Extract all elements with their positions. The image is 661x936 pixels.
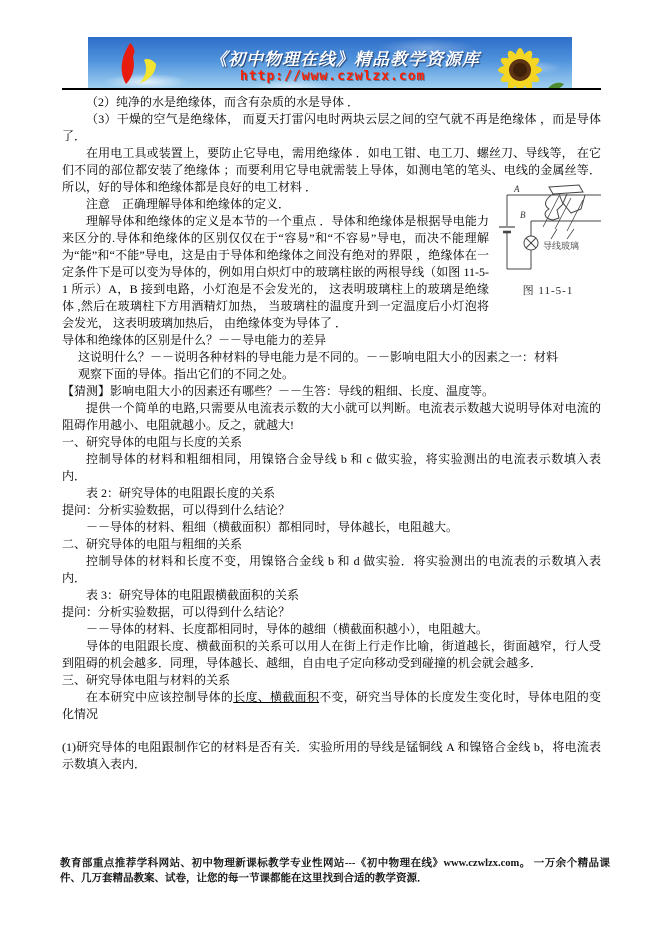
site-banner: 《初中物理在线》精品教学资源库 http://www.czwlzx.com <box>88 37 572 88</box>
footer-note: 教育部重点推荐学科网站、初中物理新课标教学专业性网站---《初中物理在线》www… <box>60 856 610 886</box>
body-paragraph: 控制导体的材料和粗细相同，用镍铬合金导线 b 和 c 做实验，将实验测出的电流表… <box>62 451 601 485</box>
section-heading-2: 二、研究导体的电阻与粗细的关系 <box>62 536 601 553</box>
body-paragraph: （2）纯净的水是绝缘体，而含有杂质的水是导体 ． <box>62 94 601 111</box>
body-paragraph: 这说明什么？－－说明各种材料的导电能力是不同的。－－影响电阻大小的因素之一：材料 <box>62 349 601 366</box>
body-paragraph: 提问：分析实验数据，可以得到什么结论？ <box>62 604 601 621</box>
site-logo-icon <box>114 42 168 86</box>
glass-annotation: 导线玻璃 <box>543 240 579 251</box>
body-paragraph: －－导体的材料、粗细（横截面积）都相同时，导体越长，电阻越大。 <box>62 519 601 536</box>
body-paragraph: 【猜测】影响电阻大小的因素还有哪些？－－生答：导线的粗细、长度、温度等。 <box>62 383 601 400</box>
header-divider <box>62 88 601 90</box>
body-paragraph: 表 2：研究导体的电阻跟长度的关系 <box>62 485 601 502</box>
figure-11-5-1: A B <box>495 183 601 300</box>
body-paragraph: 观察下面的导体。指出它们的不同之处。 <box>62 366 601 383</box>
glass-column-drawing <box>543 185 585 231</box>
control-text-pre: 在本研究中应该控制导体的 <box>86 690 233 704</box>
body-paragraph: 提问：分析实验数据，可以得到什么结论？ <box>62 502 601 519</box>
document-body: （2）纯净的水是绝缘体，而含有杂质的水是导体 ． （3）干燥的空气是绝缘体， 而… <box>62 94 601 773</box>
body-paragraph: 导体和绝缘体的区别是什么？－－导电能力的差异 <box>62 332 601 349</box>
wire-b-label: B <box>520 210 526 220</box>
section-heading-3: 三、研究导体电阻与材料的关系 <box>62 672 601 689</box>
body-paragraph: 表 3：研究导体的电阻跟横截面积的关系 <box>62 587 601 604</box>
sunflower-icon <box>486 37 570 88</box>
document-page: 《初中物理在线》精品教学资源库 http://www.czwlzx.com （2… <box>0 0 661 936</box>
body-paragraph: －－导体的材料、长度都相同时，导体的越细（横截面积越小），电阻越大。 <box>62 621 601 638</box>
body-paragraph: （3）干燥的空气是绝缘体， 而夏天打雷闪电时两块云层之间的空气就不再是绝缘体 ，… <box>62 111 601 145</box>
body-paragraph-with-underline: 在本研究中应该控制导体的长度、横截面积不变，研究当导体的长度发生变化时，导体电阻… <box>62 689 601 723</box>
circuit-diagram: A B <box>495 183 601 275</box>
section-heading-1: 一、研究导体的电阻与长度的关系 <box>62 434 601 451</box>
body-paragraph: 导体的电阻跟长度、横截面积的关系可以用人在街上行走作比喻，街道越长，街面越窄，行… <box>62 638 601 672</box>
site-title: 《初中物理在线》精品教学资源库 <box>210 45 480 70</box>
figure-caption: 图 11-5-1 <box>495 283 601 300</box>
control-text-underlined: 长度、横截面积 <box>233 690 319 704</box>
body-paragraph: 提供一个简单的电路,只需要从电流表示数的大小就可以判断。电流表示数越大说明导体对… <box>62 400 601 434</box>
wire-a-label: A <box>513 184 520 194</box>
site-url-link[interactable]: http://www.czwlzx.com <box>240 69 425 84</box>
body-paragraph: 控制导体的材料和长度不变，用镍铬合金线 b 和 d 做实验．将实验测出的电流表的… <box>62 553 601 587</box>
body-paragraph: (1)研究导体的电阻跟制作它的材料是否有关．实验所用的导线是锰铜线 A 和镍铬合… <box>62 739 601 773</box>
